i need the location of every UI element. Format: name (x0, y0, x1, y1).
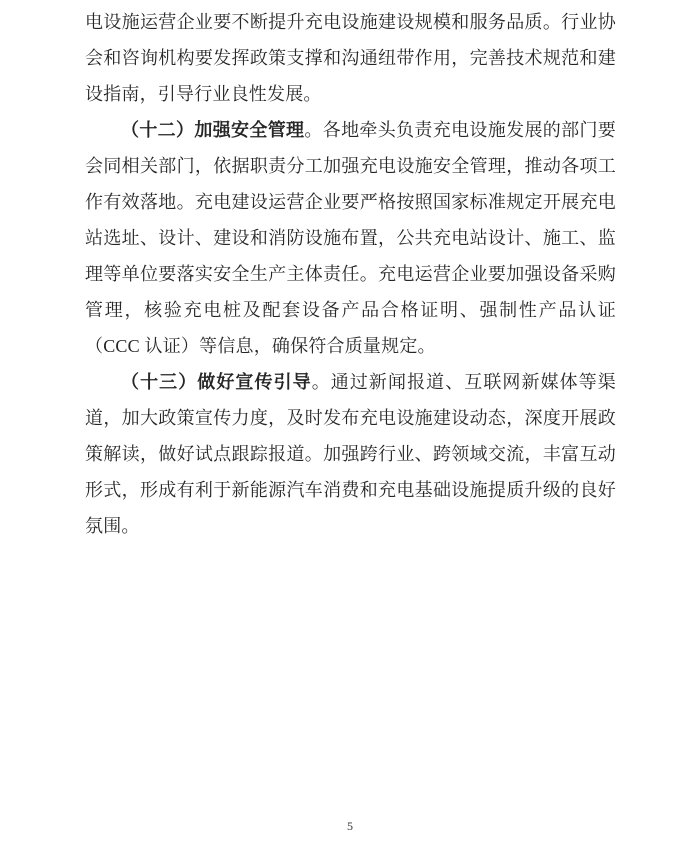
paragraph-body-text: 电设施运营企业要不断提升充电设施建设规模和服务品质。行业协会和咨询机构要发挥政策… (85, 12, 616, 104)
paragraph-body-text: 。通过新闻报道、互联网新媒体等渠道，加大政策宣传力度，及时发布充电设施建设动态，… (85, 372, 616, 536)
paragraph-continuation: 电设施运营企业要不断提升充电设施建设规模和服务品质。行业协会和咨询机构要发挥政策… (85, 4, 616, 112)
paragraph-section-13: （十三）做好宣传引导。通过新闻报道、互联网新媒体等渠道，加大政策宣传力度，及时发… (85, 364, 616, 544)
document-page: 电设施运营企业要不断提升充电设施建设规模和服务品质。行业协会和咨询机构要发挥政策… (0, 0, 700, 857)
paragraph-section-12: （十二）加强安全管理。各地牵头负责充电设施发展的部门要会同相关部门，依据职责分工… (85, 112, 616, 364)
page-footer: 5 (0, 817, 700, 835)
paragraph-body-text: 。各地牵头负责充电设施发展的部门要会同相关部门，依据职责分工加强充电设施安全管理… (85, 120, 616, 356)
page-number: 5 (347, 819, 353, 833)
section-heading: （十三）做好宣传引导 (121, 372, 312, 392)
section-heading: （十二）加强安全管理 (121, 120, 304, 140)
document-text-block: 电设施运营企业要不断提升充电设施建设规模和服务品质。行业协会和咨询机构要发挥政策… (85, 4, 616, 544)
